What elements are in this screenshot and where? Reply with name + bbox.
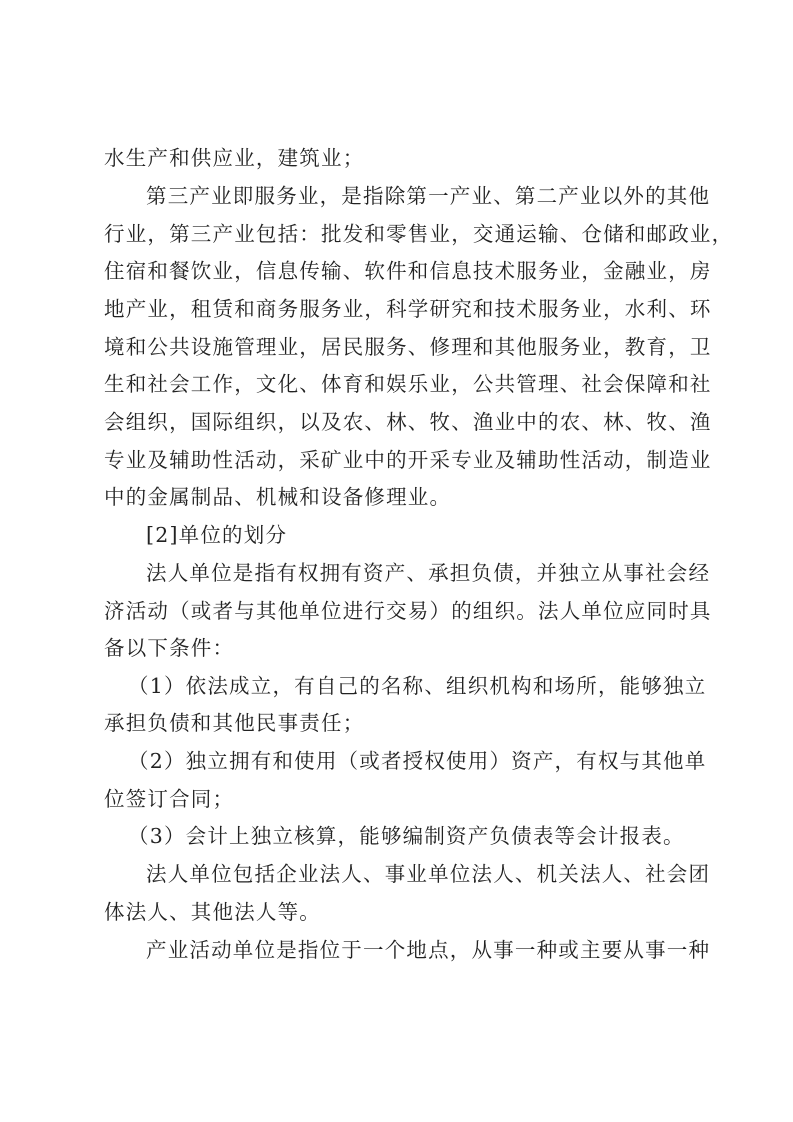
text-line: 备以下条件： [104, 633, 694, 663]
text-line: 中的金属制品、机械和设备修理业。 [104, 482, 694, 512]
paragraph-legal-entity-types: 法人单位包括企业法人、事业单位法人、机关法人、社会团 [146, 859, 694, 889]
text-line: 会组织，国际组织，以及农、林、牧、渔业中的农、林、牧、渔 [104, 407, 694, 437]
paragraph-legal-entity: 法人单位是指有权拥有资产、承担负债，并独立从事社会经 [146, 558, 694, 588]
list-item-condition-2: （2）独立拥有和使用（或者授权使用）资产，有权与其他单 [128, 746, 694, 776]
text-line: 体法人、其他法人等。 [104, 897, 694, 927]
list-item-condition-1: （1）依法成立，有自己的名称、组织机构和场所，能够独立 [128, 671, 694, 701]
text-line: 承担负债和其他民事责任； [104, 708, 694, 738]
text-line: 生和社会工作，文化、体育和娱乐业，公共管理、社会保障和社 [104, 369, 694, 399]
text-line: 行业，第三产业包括：批发和零售业，交通运输、仓储和邮政业， [104, 219, 694, 249]
text-line: 位签订合同； [104, 784, 694, 814]
paragraph-industrial-activity-unit: 产业活动单位是指位于一个地点，从事一种或主要从事一种 [146, 935, 694, 965]
paragraph-tertiary-industry: 第三产业即服务业，是指除第一产业、第二产业以外的其他 [146, 181, 694, 211]
text-line: 住宿和餐饮业，信息传输、软件和信息技术服务业，金融业，房 [104, 256, 694, 286]
list-item-condition-3: （3）会计上独立核算，能够编制资产负债表等会计报表。 [128, 821, 694, 851]
document-page: 水生产和供应业，建筑业； 第三产业即服务业，是指除第一产业、第二产业以外的其他 … [0, 0, 793, 1122]
text-line-continuation: 水生产和供应业，建筑业； [104, 143, 694, 173]
text-line: 济活动（或者与其他单位进行交易）的组织。法人单位应同时具 [104, 596, 694, 626]
text-line: 专业及辅助性活动，采矿业中的开采专业及辅助性活动，制造业 [104, 445, 694, 475]
section-heading-unit-classification: [2]单位的划分 [146, 520, 694, 550]
text-line: 地产业，租赁和商务服务业，科学研究和技术服务业，水利、环 [104, 294, 694, 324]
text-line: 境和公共设施管理业，居民服务、修理和其他服务业，教育，卫 [104, 332, 694, 362]
